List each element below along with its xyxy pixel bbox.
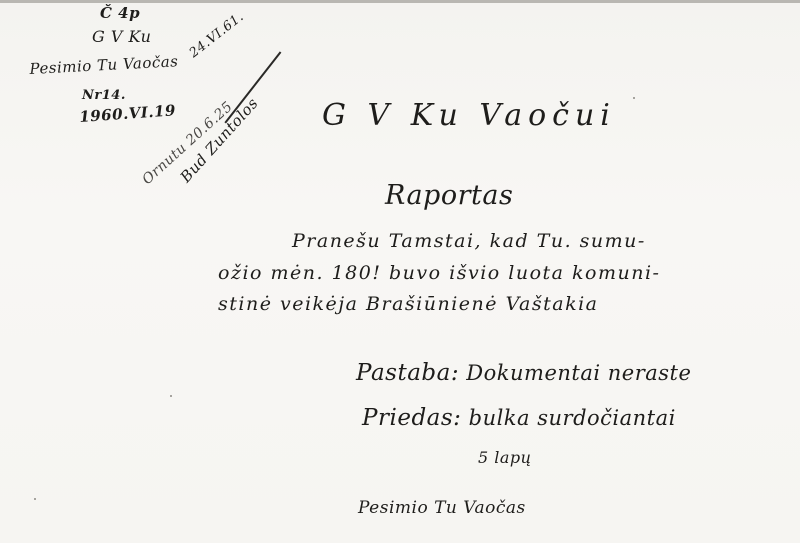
note-row: Pastaba: Dokumentai neraste xyxy=(356,360,691,386)
attachment-label: Priedas: xyxy=(362,405,461,431)
corner-note-line2: G V Ku xyxy=(92,27,151,46)
body-line-1: Pranešu Tamstai, kad Tu. sumu- xyxy=(292,230,646,252)
corner-note-line4: Nr14. xyxy=(82,88,126,103)
paper-speck xyxy=(34,498,36,500)
diagonal-annotation-date: 24.VI.61. xyxy=(187,9,247,61)
note-label: Pastaba: xyxy=(356,360,459,386)
signature: Pesimio Tu Vaočas xyxy=(358,498,526,518)
paper-speck xyxy=(170,395,172,397)
attachment-pages: 5 lapų xyxy=(478,448,531,467)
attachment-text: bulka surdočiantai xyxy=(469,406,676,430)
document-page: Č 4p G V Ku Pesimio Tu Vaočas Nr14. 1960… xyxy=(0,0,800,543)
corner-note-line1: Č 4p xyxy=(100,4,140,22)
addressee: G V Ku Vaočui xyxy=(322,98,616,133)
corner-note-line5: 1960.VI.19 xyxy=(79,101,177,126)
note-text: Dokumentai neraste xyxy=(466,361,691,385)
scan-top-edge xyxy=(0,0,800,3)
report-title: Raportas xyxy=(385,180,513,211)
attachment-row: Priedas: bulka surdočiantai xyxy=(362,405,676,431)
body-line-3: stinė veikėja Brašiūnienė Vaštakia xyxy=(218,293,599,315)
paper-speck xyxy=(633,97,635,99)
corner-note-line3: Pesimio Tu Vaočas xyxy=(29,52,179,78)
body-line-2: ožio mėn. 180! buvo išvio luota komuni- xyxy=(218,262,660,284)
